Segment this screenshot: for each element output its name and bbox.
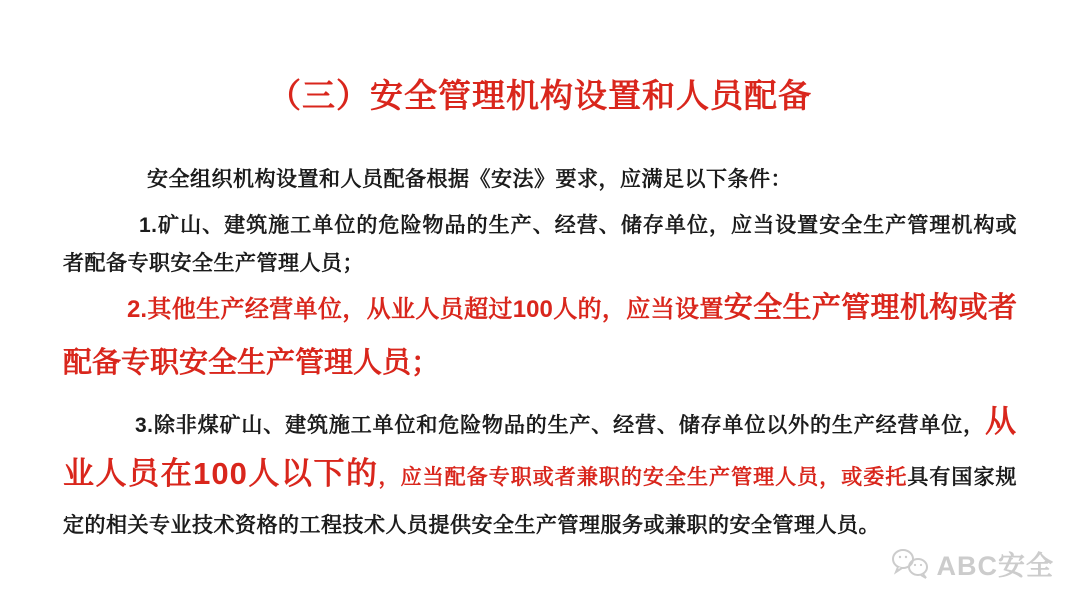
list-item-3-note: ，应当配备专职或者兼职的安全生产管理人员，或委托	[379, 466, 908, 489]
list-item-1: 1.矿山、建筑施工单位的危险物品的生产、经营、储存单位，应当设置安全生产管理机构…	[63, 207, 1017, 283]
brand-watermark: ABC安全	[890, 544, 1055, 583]
list-item-2-lead: 2.其他生产经营单位，从业人员超过100人的，应当设置	[127, 296, 724, 323]
wechat-logo-icon	[890, 547, 932, 581]
slide-title: （三）安全管理机构设置和人员配备	[63, 70, 1017, 117]
list-item-3: 3.除非煤矿山、建筑施工单位和危险物品的生产、经营、储存单位以外的生产经营单位，…	[63, 398, 1017, 550]
list-item-3-lead: 3.除非煤矿山、建筑施工单位和危险物品的生产、经营、储存单位以外的生产经营单位，	[135, 414, 985, 437]
list-item-2: 2.其他生产经营单位，从业人员超过100人的，应当设置安全生产管理机构或者配备专…	[63, 283, 1017, 393]
intro-paragraph: 安全组织机构设置和人员配备根据《安法》要求，应满足以下条件：	[63, 163, 1017, 193]
brand-label: ABC安全	[937, 544, 1055, 583]
slide-page: （三）安全管理机构设置和人员配备 安全组织机构设置和人员配备根据《安法》要求，应…	[0, 0, 1080, 608]
